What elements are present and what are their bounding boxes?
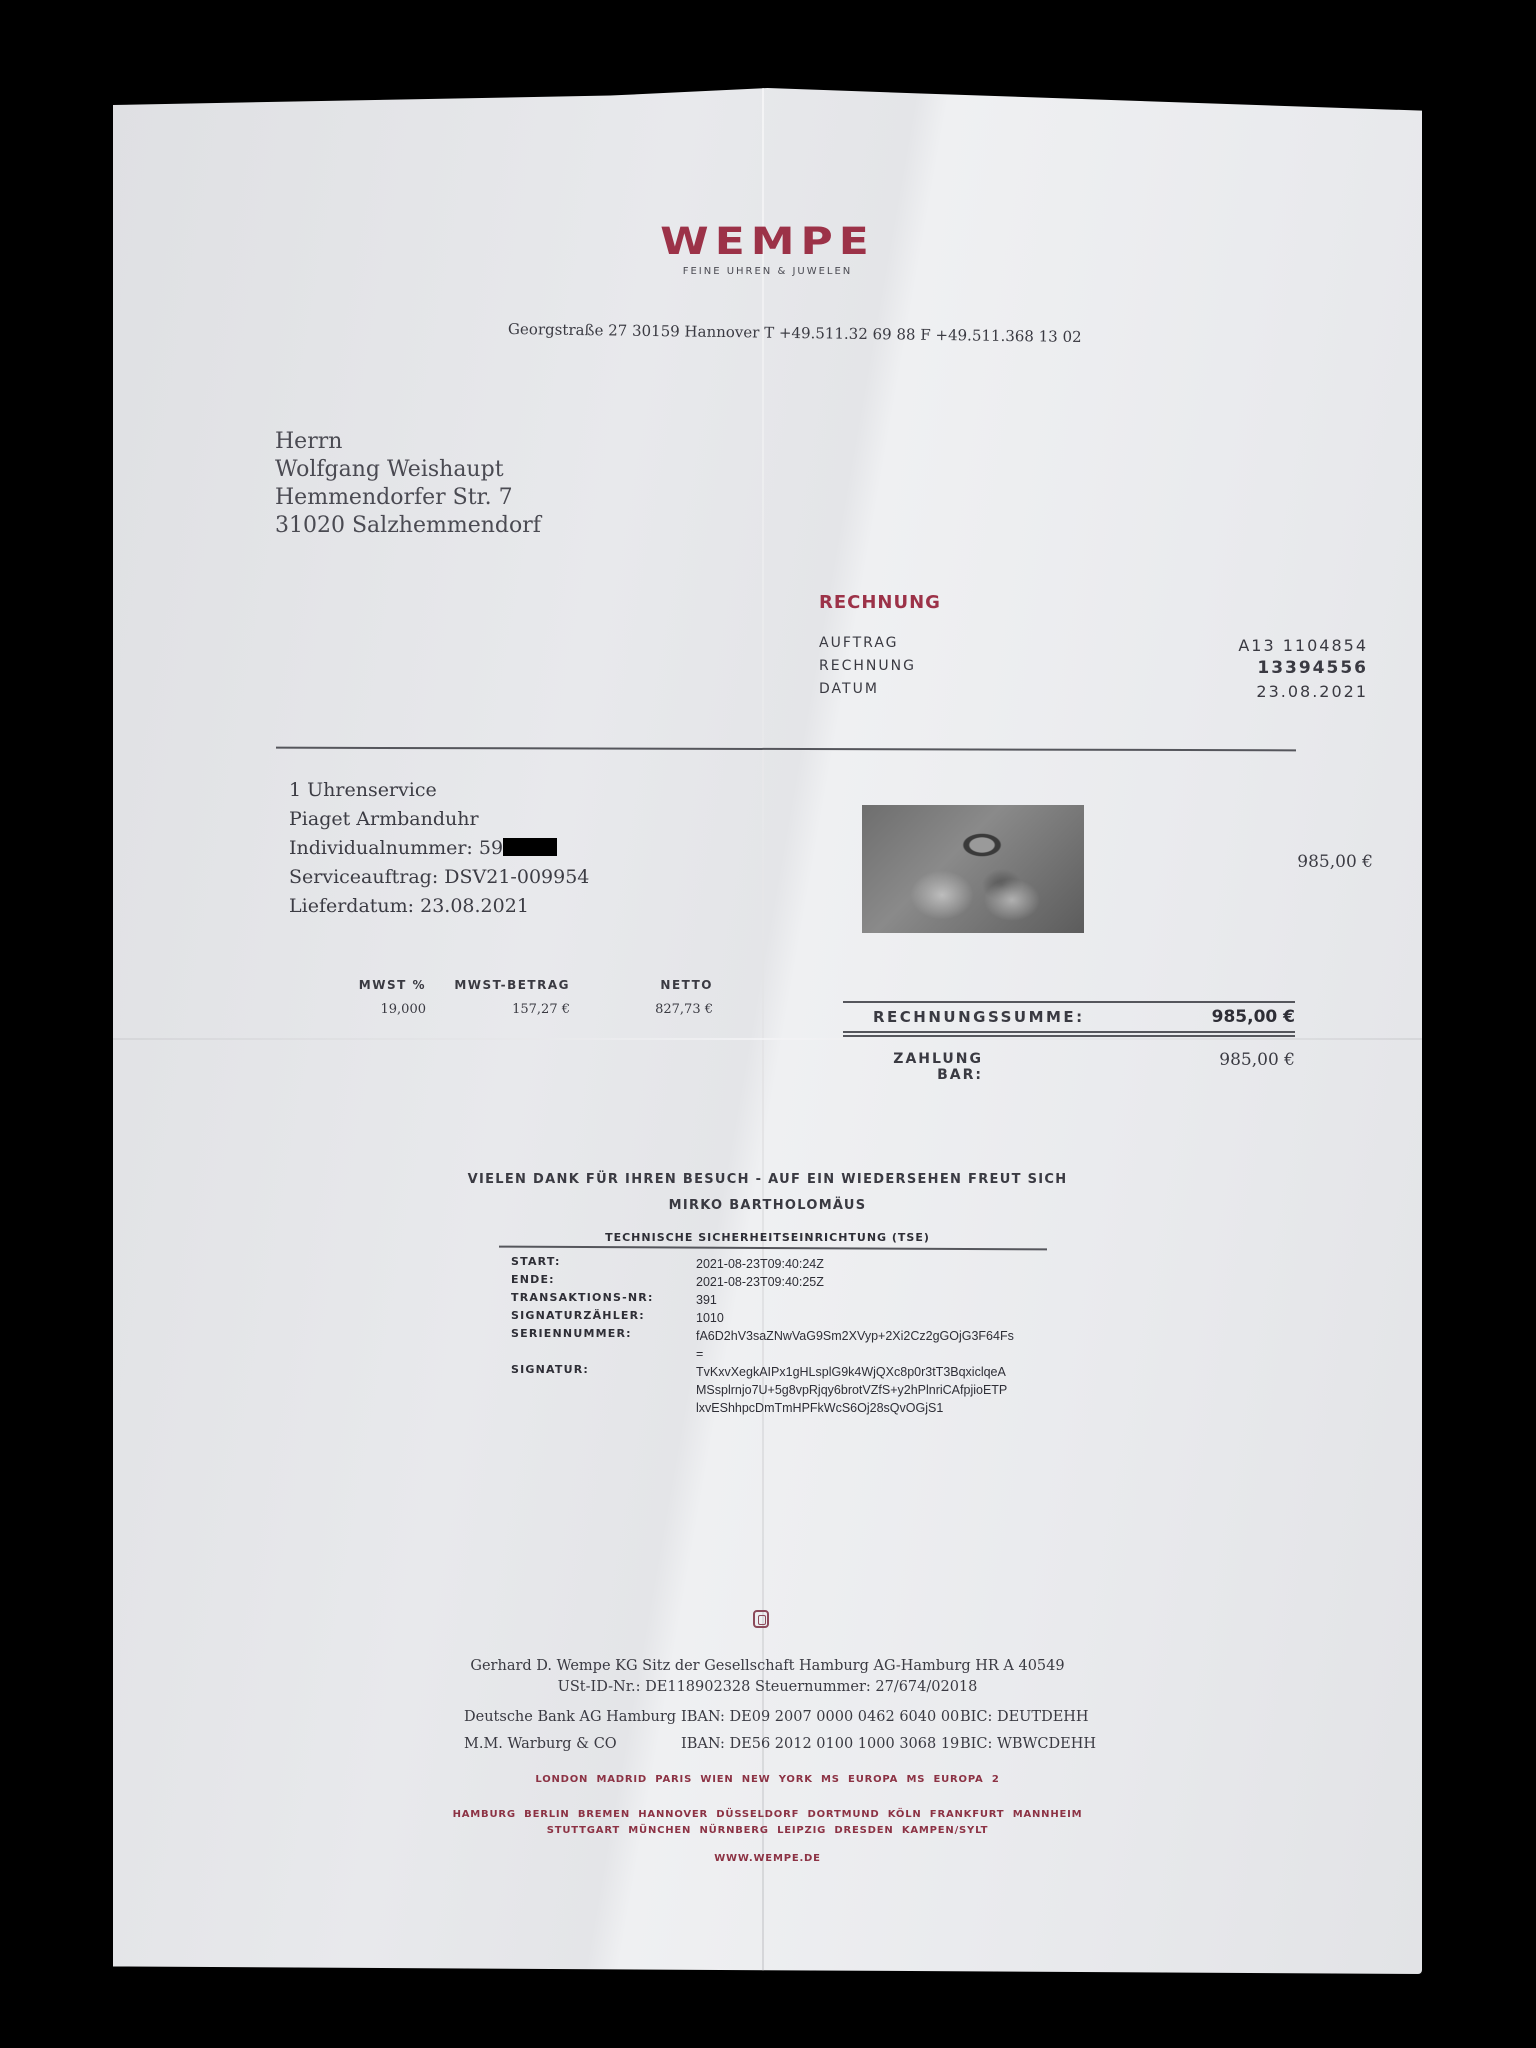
recipient-address: Herrn Wolfgang Weishaupt Hemmendorfer St… [275,428,541,540]
international-locations: LONDON MADRID PARIS WIEN NEW YORK MS EUR… [113,1774,1422,1785]
meta-values: A13 1104854 13394556 23.08.2021 [1093,634,1368,703]
meta-label-order: AUFTRAG [819,632,916,655]
german-locations-line-1: HAMBURG BERLIN BREMEN HANNOVER DÜSSELDOR… [113,1807,1422,1823]
bank-bic-2: BIC: WBWCDEHH [960,1731,1096,1758]
item-individual-number: Individualnummer: 59 [289,834,589,863]
thank-you-line: VIELEN DANK FÜR IHREN BESUCH - AUF EIN W… [113,1167,1422,1193]
brand-logo: WEMPE [113,220,1422,263]
order-number: A13 1104854 [1093,634,1368,657]
meta-label-invoice: RECHNUNG [819,655,916,678]
recipient-street: Hemmendorfer Str. 7 [275,484,541,512]
item-service-order: Serviceauftrag: DSV21-009954 [289,863,589,892]
payment-value: 985,00 € [1123,1050,1295,1070]
thank-you-message: VIELEN DANK FÜR IHREN BESUCH - AUF EIN W… [113,1167,1422,1219]
bank-iban-1: IBAN: DE09 2007 0000 0462 6040 00 [681,1704,959,1731]
invoice-date: 23.08.2021 [1093,680,1368,703]
item-price: 985,00 € [1173,852,1373,872]
tax-header-amount: MWST-BETRAG [413,978,570,992]
item-quantity-description: 1 Uhrenservice [289,776,589,805]
redaction-bar [503,838,557,856]
german-locations-line-2: STUTTGART MÜNCHEN NÜRNBERG LEIPZIG DRESD… [113,1823,1422,1839]
bank-name-2: M.M. Warburg & CO [464,1731,676,1758]
item-delivery-date: Lieferdatum: 23.08.2021 [289,892,589,921]
wempe-emblem-icon [753,1610,769,1628]
tse-divider [499,1246,1047,1250]
item-product: Piaget Armbanduhr [289,805,589,834]
meta-labels: AUFTRAG RECHNUNG DATUM [819,632,916,701]
tax-header-rate: MWST % [296,978,426,992]
meta-label-date: DATUM [819,678,916,701]
invoice-number: 13394556 [1093,657,1368,680]
tax-rate: 19,000 [296,1002,426,1017]
total-rule-top [843,1001,1295,1003]
recipient-city: 31020 Salzhemmendorf [275,512,541,540]
bank-bic-1: BIC: DEUTDEHH [960,1704,1096,1731]
line-item: 1 Uhrenservice Piaget Armbanduhr Individ… [289,776,589,921]
legal-line-2: USt-ID-Nr.: DE118902328 Steuernummer: 27… [113,1677,1422,1698]
watchmaker-photo [862,805,1084,933]
bank-bics: BIC: DEUTDEHH BIC: WBWCDEHH [960,1704,1096,1758]
total-rule-double-1 [843,1031,1295,1033]
invoice-paper: WEMPE FEINE UHREN & JUWELEN Georgstraße … [113,88,1422,1974]
tax-header-net: NETTO [593,978,713,992]
bank-ibans: IBAN: DE09 2007 0000 0462 6040 00 IBAN: … [681,1704,959,1758]
german-locations: HAMBURG BERLIN BREMEN HANNOVER DÜSSELDOR… [113,1807,1422,1839]
total-rule-double-2 [843,1035,1295,1037]
company-legal-info: Gerhard D. Wempe KG Sitz der Gesellschaf… [113,1656,1422,1698]
net-amount: 827,73 € [593,1002,713,1017]
bank-iban-2: IBAN: DE56 2012 0100 1000 3068 19 [681,1731,959,1758]
bank-names: Deutsche Bank AG Hamburg M.M. Warburg & … [464,1704,676,1758]
recipient-salutation: Herrn [275,428,541,456]
recipient-name: Wolfgang Weishaupt [275,456,541,484]
legal-line-1: Gerhard D. Wempe KG Sitz der Gesellschaf… [113,1656,1422,1677]
store-address: Georgstraße 27 30159 Hannover T +49.511.… [508,320,1082,346]
brand-tagline: FEINE UHREN & JUWELEN [113,266,1422,277]
tse-title: TECHNISCHE SICHERHEITSEINRICHTUNG (TSE) [113,1231,1422,1244]
fold-line-horizontal [113,1038,1422,1040]
salesperson-name: MIRKO BARTHOLOMÄUS [113,1193,1422,1219]
total-value: 985,00 € [1123,1007,1295,1027]
divider [276,747,1296,751]
bank-name-1: Deutsche Bank AG Hamburg [464,1704,676,1731]
tax-amount: 157,27 € [413,1002,570,1017]
document-title: RECHNUNG [819,592,941,613]
website-link[interactable]: WWW.WEMPE.DE [113,1853,1422,1864]
